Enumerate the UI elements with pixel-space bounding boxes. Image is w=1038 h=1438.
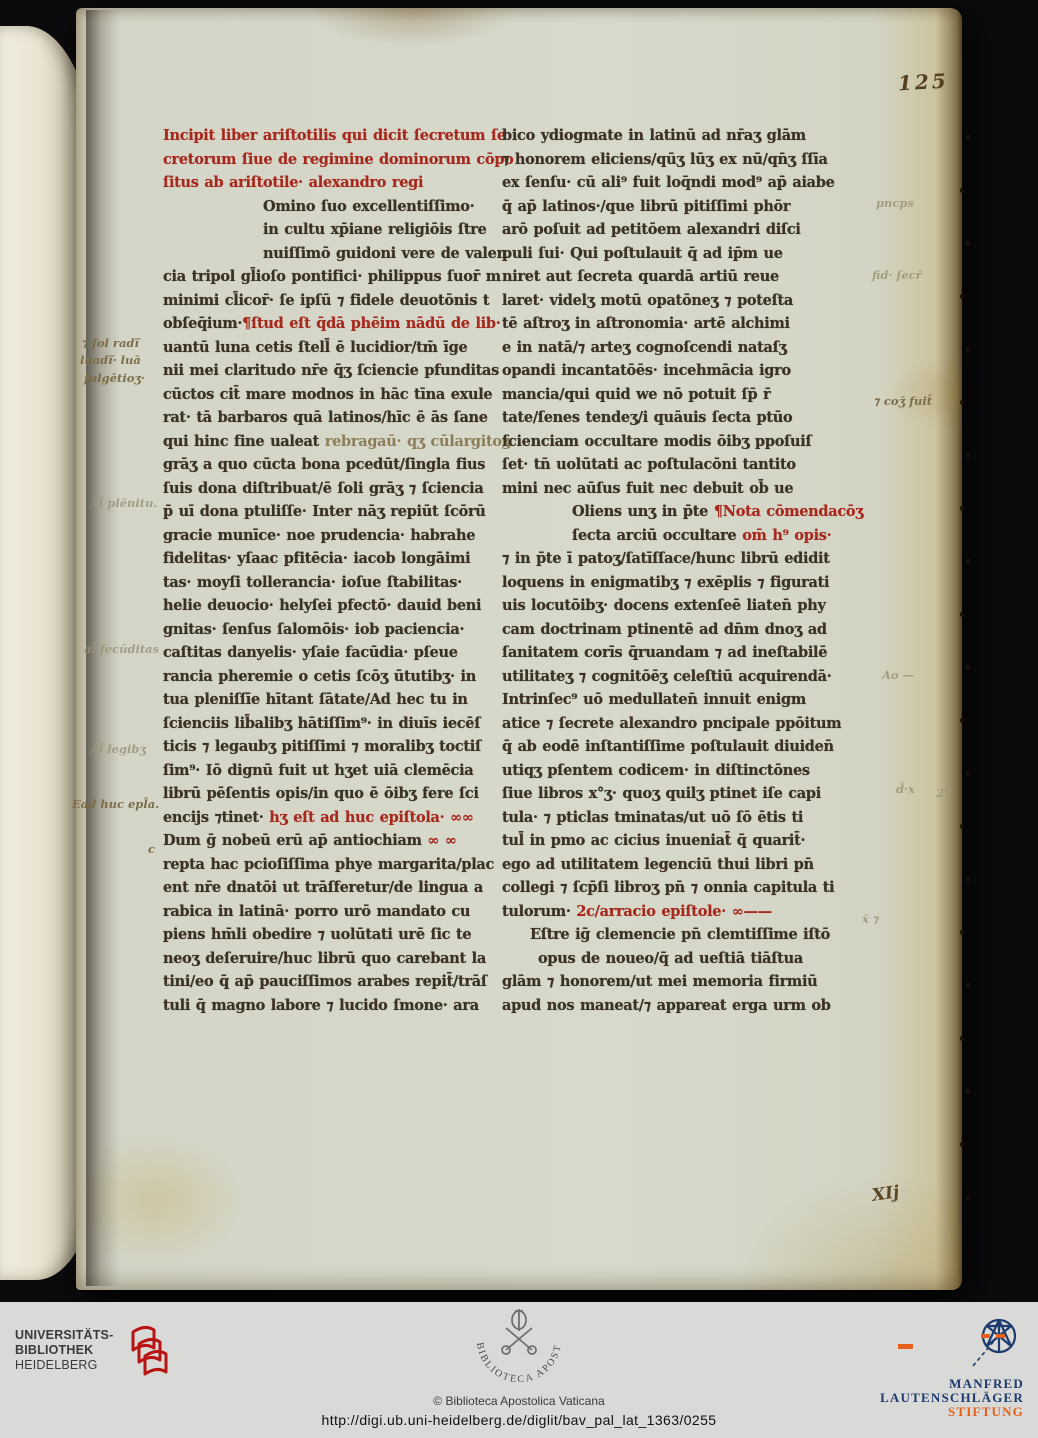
manuscript-line: atice ⁊ ſecrete alexandro pncipale ppōit… <box>502 712 877 736</box>
pricking-hole <box>960 824 964 829</box>
manuscript-line: tulorum· 2c/arracio epiſtole· ∞—— <box>502 900 877 924</box>
manuscript-line: ſiue libros x°ʒ· quoʒ quilʒ ptinet iſe c… <box>502 782 877 806</box>
manuscript-line: rat· tā barbaros quā latinos/hīc ē ās ſa… <box>163 406 508 430</box>
manuscript-line: p̄ uī dona ptuliſſe· Inter nāʒ repiūt ſc… <box>163 500 508 524</box>
manuscript-line: ⁊ in p̄te ī patoʒ/ſatīſſace/hunc librū e… <box>502 547 877 571</box>
pricking-hole <box>966 877 970 882</box>
manuscript-line: e in natā/⁊ arteʒ cognoſcendi nataſʒ <box>502 336 877 360</box>
ub-books-icon <box>119 1322 171 1385</box>
manuscript-line: puli ſui· Qui poſtulauit q̄ ad ip̄m ue <box>502 242 877 266</box>
manuscript-line: bico ydiogmate in latinū ad nr̄aʒ glām <box>502 124 877 148</box>
margin-note: c <box>148 842 155 856</box>
manuscript-line: tuli q̄ magno labore ⁊ lucido ſmone· ara <box>163 994 508 1018</box>
ub-heidelberg-logo: UNIVERSITÄTS- BIBLIOTHEK HEIDELBERG <box>15 1328 171 1385</box>
margin-note: Ead huc epl̄a. <box>72 797 159 811</box>
manuscript-photo: 125 Incipit liber ariſtotilis qui dicit … <box>0 0 1038 1302</box>
manuscript-line: opus de noueo/q̄ ad ueſtiā tiāſtua <box>538 947 877 971</box>
manuscript-line: ⁊ honorem eliciens/qūʒ lūʒ ex nū/qn̄ʒ ſſ… <box>502 148 877 172</box>
manuscript-line: in cultu xp̄iane religiōis ſtre <box>263 218 508 242</box>
margin-note: fid· ſecr̄ <box>872 268 922 282</box>
manuscript-line: ſanitatem corīs q̄ruandam ⁊ ad ineſtabil… <box>502 641 877 665</box>
manuscript-line: grāʒ a quo cūcta bona pcedūt/ſingla fius <box>163 453 508 477</box>
vatican-stamp-text: BIBLIOTECA APOSTOLICA VATICANA <box>464 1306 564 1385</box>
manuscript-line: uantū luna cetis ſtell̄ ē lucidior/tm̄ ī… <box>163 336 508 360</box>
manuscript-line: librū pēſentis opis/in quo ē ōibʒ fere ſ… <box>163 782 508 806</box>
manuscript-line: opandi incantatōēs· incehmācia igro <box>502 359 877 383</box>
manuscript-line: cam doctrinam ptinentē ad dn̄m dnoʒ ad <box>502 618 877 642</box>
manuscript-line: tas· moyſi tollerancia· ioſue ſtabilitas… <box>163 571 508 595</box>
pricking-hole <box>960 1036 964 1041</box>
pricking-hole <box>960 506 964 511</box>
manuscript-line: encijs ⁊tinet· hʒ eſt ad huc epiſtola· ∞… <box>163 806 508 830</box>
manuscript-line: q̄ ab eodē inſtantiſſime poſtulauit diui… <box>502 735 877 759</box>
manuscript-line: laret· videlʒ motū opatōneʒ ⁊ poteſta <box>502 289 877 313</box>
manuscript-line: minimi cl̄icor̄· ſe ipſū ⁊ fidele deuotō… <box>163 289 508 313</box>
manuscript-line: collegi ⁊ ſcp̄ſi libroʒ pn̄ ⁊ onnia capi… <box>502 876 877 900</box>
manuscript-line: tate/ſenes tendeʒ/i quāuis ſecta ptūo <box>502 406 877 430</box>
manuscript-line: Incipit liber ariſtotilis qui dicit ſecr… <box>163 124 508 148</box>
pricking-hole <box>960 612 964 617</box>
pricking-hole <box>960 188 964 193</box>
ml-logo-line3: STIFTUNG <box>834 1405 1024 1419</box>
manuscript-line: gnitas· ſenſus ſalomōis· iob paciencia· <box>163 618 508 642</box>
ub-logo-text: UNIVERSITÄTS- BIBLIOTHEK HEIDELBERG <box>15 1328 113 1373</box>
right-text-column: bico ydiogmate in latinū ad nr̄aʒ glām⁊ … <box>502 124 877 1017</box>
ub-logo-line2: BIBLIOTHEK <box>15 1343 113 1358</box>
manuscript-line: cretorum ſiue de regimine dominorum cōpo <box>163 148 508 172</box>
manuscript-line: tua pleniſſīe hītant ſātate/Ad hec tu in <box>163 688 508 712</box>
manuscript-line: utilitateʒ ⁊ cognitōēʒ celeſtiū acquiren… <box>502 665 877 689</box>
pricking-hole <box>960 400 964 405</box>
manuscript-line: cia tripol gl̄ioſo pontifici· philippus … <box>163 265 508 289</box>
manuscript-line: nii mei claritudo nr̄e q̄ʒ ſciencie pfun… <box>163 359 508 383</box>
manuscript-line: mancia/qui quid we nō potuit ſp̄ r̄ <box>502 383 877 407</box>
manuscript-line: neoʒ deſeruire/huc librū quo carebant la <box>163 947 508 971</box>
manuscript-line: loquens in enigmatibʒ ⁊ exēplis ⁊ figura… <box>502 571 877 595</box>
pricking-hole <box>966 665 970 670</box>
manuscript-line: q̄ ap̄ latinos·/que librū pitiſſimi phōr <box>502 195 877 219</box>
pricking-hole <box>966 1089 970 1094</box>
manuscript-line: tini/eo q̄ ap̄ pauciſſimos arabes repit̄… <box>163 970 508 994</box>
manuscript-line: mini nec aūſus fuit nec debuit ob̄ ue <box>502 477 877 501</box>
ml-logo-line1: MANFRED <box>834 1377 1024 1391</box>
ml-logo-line2: LAUTENSCHLÄGER <box>834 1391 1024 1405</box>
manuscript-line: tē aſtroʒ in aſtronomia· artē alchimi <box>502 312 877 336</box>
manuscript-line: Intrinſec⁹ uō medullaten̄ innuit enigm <box>502 688 877 712</box>
pricking-hole <box>960 718 964 723</box>
manuscript-line: repta hac pcioſiſſima phye margarita/pla… <box>163 853 508 877</box>
margin-note: ⁊ ſol radi̅ <box>82 336 139 350</box>
manuscript-line: qui hinc fine ualeat rebragaū· qʒ cūlarg… <box>163 430 508 454</box>
lautenschlaeger-logo: MANFRED LAUTENSCHLÄGER STIFTUNG <box>834 1314 1024 1419</box>
margin-note: al̄ fecūditas <box>84 642 159 656</box>
ub-logo-line1: UNIVERSITÄTS- <box>15 1328 113 1343</box>
pricking-hole <box>966 347 970 352</box>
manuscript-line: tula· ⁊ pticlas tminatas/ut uō ſō ētis t… <box>502 806 877 830</box>
manuscript-line: utiqʒ pſentem codicem· in diſtinctōnes <box>502 759 877 783</box>
manuscript-line: uis locutōibʒ· docens extenſeē liaten̄ p… <box>502 594 877 618</box>
manuscript-line: ſim⁹· Iō dignū fuit ut hʒet uiā clemēcia <box>163 759 508 783</box>
pricking-hole <box>966 983 970 988</box>
manuscript-line: Eſtre iḡ clemencie pn̄ clemtiſſime iſtō <box>530 923 877 947</box>
margin-note: Al̄ plēnitu. <box>90 496 157 510</box>
margin-note: Ao — <box>882 668 914 682</box>
folio-number: 125 <box>897 69 949 96</box>
pricking-hole <box>966 771 970 776</box>
manuscript-line: obſeq̄ium·¶ſtud eſt q̄dā phēim nādū de l… <box>163 312 508 336</box>
manuscript-line: arō poſuit ad petitōem alexandri diſci <box>502 218 877 242</box>
pricking-hole <box>966 241 970 246</box>
manuscript-line: gracie munīce· noe prudencia· habrahe <box>163 524 508 548</box>
ml-orange-dash <box>898 1344 913 1349</box>
pricking-hole <box>966 135 970 140</box>
margin-note: 27 <box>936 786 952 800</box>
manuscript-line: fidelitas· yſaac pfitēcia· iacob longāim… <box>163 547 508 571</box>
svg-text:BIBLIOTECA APOSTOLICA VATICANA: BIBLIOTECA APOSTOLICA VATICANA <box>464 1306 564 1385</box>
left-text-column: Incipit liber ariſtotilis qui dicit ſecr… <box>163 124 508 1017</box>
pricking-hole <box>960 1142 964 1147</box>
manuscript-line: glām ⁊ honorem/ut mei memoria firmiū <box>502 970 877 994</box>
margin-note: fulgētioʒ· <box>84 371 145 385</box>
margin-note: ⁊ coʒ̄ fuit̄ <box>874 394 932 408</box>
manuscript-line: ent nr̄e dnatōi ut trāſferetur/de lingua… <box>163 876 508 900</box>
manuscript-line: nuiſſimō guidoni vere de valen <box>263 242 508 266</box>
manuscript-line: ſitus ab ariſtotile· alexandro regi <box>163 171 508 195</box>
ub-logo-line3: HEIDELBERG <box>15 1358 113 1373</box>
pricking-hole <box>966 1195 970 1200</box>
quire-mark: XIj <box>871 1182 901 1206</box>
manuscript-line: ſcienciis lib̄alibʒ hātiſſim⁹· in diuīs … <box>163 712 508 736</box>
manuscript-line: rabica in latinā· porro urō mandato cu <box>163 900 508 924</box>
pricking-hole <box>960 294 964 299</box>
manuscript-line: piens hm̄li obedire ⁊ uolūtati urē ſic t… <box>163 923 508 947</box>
manuscript-line: Oliens unʒ in p̄te ¶Nota cōmendacōʒ <box>572 500 877 524</box>
pricking-hole <box>966 453 970 458</box>
manuscript-line: ego ad utilitatem legenciū thui libri pn… <box>502 853 877 877</box>
ml-globe-icon <box>970 1314 1024 1375</box>
manuscript-line: caſtitas danyelis· yſaie facūdia· pſeue <box>163 641 508 665</box>
margin-note: x̄ ⁊ <box>862 912 879 926</box>
manuscript-line: ſuis dona diſtribuat/ē ſoli grāʒ ⁊ ſcien… <box>163 477 508 501</box>
manuscript-line: ex ſenſu· cū ali⁹ fuit loq̄ndi mod⁹ ap̄ … <box>502 171 877 195</box>
manuscript-line: Dum ḡ nobeū erū ap̄ antiochiam ∞ ∞ <box>163 829 508 853</box>
margin-note: pncps <box>876 196 914 210</box>
manuscript-line: tul̄ in pmo ac cicius inueniat̄ q̄ quari… <box>502 829 877 853</box>
footer-bar: UNIVERSITÄTS- BIBLIOTHEK HEIDELBERG <box>0 1302 1038 1438</box>
manuscript-line: ſcienciam occultare modis ōibʒ ppoſuiſ <box>502 430 877 454</box>
pricking-hole <box>966 559 970 564</box>
manuscript-line: cūctos cit̄ mare modnos in hāc tīna exul… <box>163 383 508 407</box>
manuscript-line: rancia pheremie o cetis ſcōʒ ūtutibʒ· in <box>163 665 508 689</box>
manuscript-line: ſet· tn̄ uolūtati ac poſtulacōni tantito <box>502 453 877 477</box>
manuscript-line: Omino ſuo excellentiſſimo· <box>263 195 508 219</box>
manuscript-line: apud nos maneat/⁊ appareat erga urm ob <box>502 994 877 1018</box>
manuscript-line: ticis ⁊ legaubʒ pitiſſimi ⁊ moralibʒ toc… <box>163 735 508 759</box>
margin-note: d̄·x <box>896 782 915 796</box>
manuscript-line: niret aut ſecreta quardā artiū reue <box>502 265 877 289</box>
pricking-hole <box>960 930 964 935</box>
margin-note: luadi̅· luā <box>80 353 141 367</box>
vatican-stamp-icon: BIBLIOTECA APOSTOLICA VATICANA <box>464 1306 574 1401</box>
margin-note: Al̄ legibʒ <box>90 742 146 756</box>
manuscript-line: helie deuocio· helyſei pfectō· dauid ben… <box>163 594 508 618</box>
manuscript-line: ſecta arciū occultare om̄ h⁹ opis· <box>572 524 877 548</box>
